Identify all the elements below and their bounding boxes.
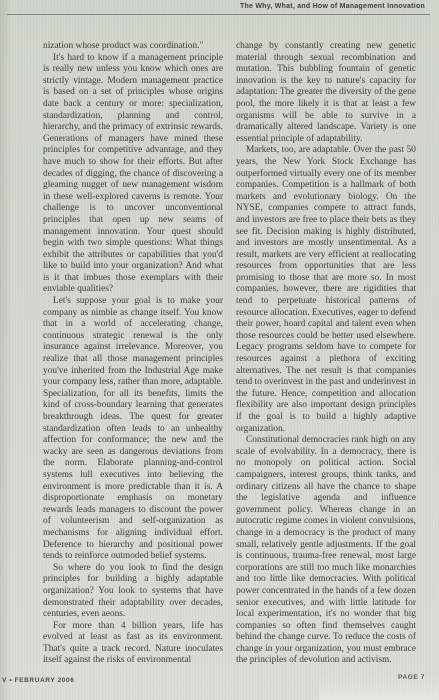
paragraph: Markets, too, are adaptable. Over the pa… [236,145,416,435]
right-column: change by constantly creating new geneti… [236,41,416,667]
footer-page-number: PAGE 7 [398,674,425,681]
left-column: nization whose product was coordination.… [43,41,223,667]
scanned-page: The Why, What, and How of Management Inn… [0,0,439,700]
paragraph: So where do you look to find the design … [43,563,223,621]
footer-issue-date: V • FEBRUARY 2006 [2,677,74,684]
body-columns: nization whose product was coordination.… [43,41,416,667]
paragraph: Constitutional democracies rank high on … [236,435,416,667]
running-head-title: The Why, What, and How of Management Inn… [240,3,425,10]
paragraph-continuation: nization whose product was coordination.… [43,41,223,53]
paragraph: For more than 4 billion years, life has … [43,621,223,667]
header-rule [7,14,430,15]
paragraph: Let's suppose your goal is to make your … [43,296,223,563]
paragraph-continuation: change by constantly creating new geneti… [236,41,416,145]
paragraph: It's hard to know if a management princi… [43,53,223,296]
